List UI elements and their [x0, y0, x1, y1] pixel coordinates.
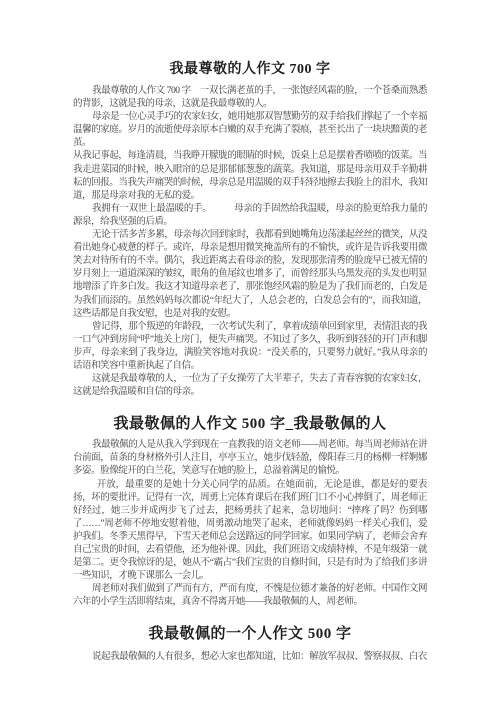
- essay-3-title: 我最敬佩的一个人作文 500 字: [73, 622, 427, 643]
- essay-2-paragraph-2: 开放，最重要的是她十分关心同学的品质。在她面前，无论是谁，都是好的要表扬，坏的要…: [73, 479, 427, 584]
- essay-1-paragraph-1: 我最尊敬的人作文 700 字 一双长满老茧的手，一张饱经风霜的脸，一个苍桑而熟悉…: [73, 85, 427, 111]
- essay-2-paragraph-1: 我最敬佩的人是从我入学到现在一直教我的语文老师——周老师。每当周老师站在讲台前面…: [73, 439, 427, 478]
- essay-1-paragraph-3: 从我记事起，每逢清晨，当我睁开朦胧的眼睛的时候，饭桌上总是摆着香喷喷的饭菜。当我…: [73, 150, 427, 202]
- essay-2: 我最敬佩的人作文 500 字_我最敬佩的人 我最敬佩的人是从我入学到现在一直教我…: [73, 412, 427, 609]
- essay-1-title: 我最尊敬的人作文 700 字: [73, 58, 427, 78]
- essay-2-paragraph-3: 周老师对我们做到了严而有方，严而有度，不愧是位德才兼备的好老师。中国作文网六年的…: [73, 583, 427, 609]
- essay-1-paragraph-2: 母亲是一位心灵手巧的农家妇女，她用她那双智慧勤劳的双手给我们撑起了一个幸福温馨的…: [73, 111, 427, 150]
- essay-1-paragraph-7: 这就是我最尊敬的人，一位为了子女操劳了大半辈子，失去了青春容貌的农家妇女，这就是…: [73, 373, 427, 399]
- essay-1: 我最尊敬的人作文 700 字 我最尊敬的人作文 700 字 一双长满老茧的手，一…: [73, 58, 427, 399]
- essay-3: 我最敬佩的一个人作文 500 字 说起我最敬佩的人有很多，想必大家也都知道，比如…: [73, 622, 427, 664]
- essay-1-paragraph-6: 曾记得，那个叛逆的年龄段，一次考试失利了，拿着成绩单回到家里，表情沮丧的我一口气…: [73, 321, 427, 373]
- essay-3-paragraph-1: 说起我最敬佩的人有很多，想必大家也都知道，比如：解放军叔叔、警察叔叔、白衣: [73, 651, 427, 664]
- essay-1-paragraph-4: 我拥有一双世上最温暖的手。 母亲的手固然给我温暖，母亲的脸更给我力量的源泉，给我…: [73, 203, 427, 229]
- document-page: 我最尊敬的人作文 700 字 我最尊敬的人作文 700 字 一双长满老茧的手，一…: [0, 0, 500, 707]
- essay-2-title: 我最敬佩的人作文 500 字_我最敬佩的人: [73, 412, 427, 433]
- essay-1-paragraph-5: 无论干活多苦多累，母亲每次回到家时，我都看到她嘴角边荡漾起丝丝的微笑，从没看出她…: [73, 229, 427, 321]
